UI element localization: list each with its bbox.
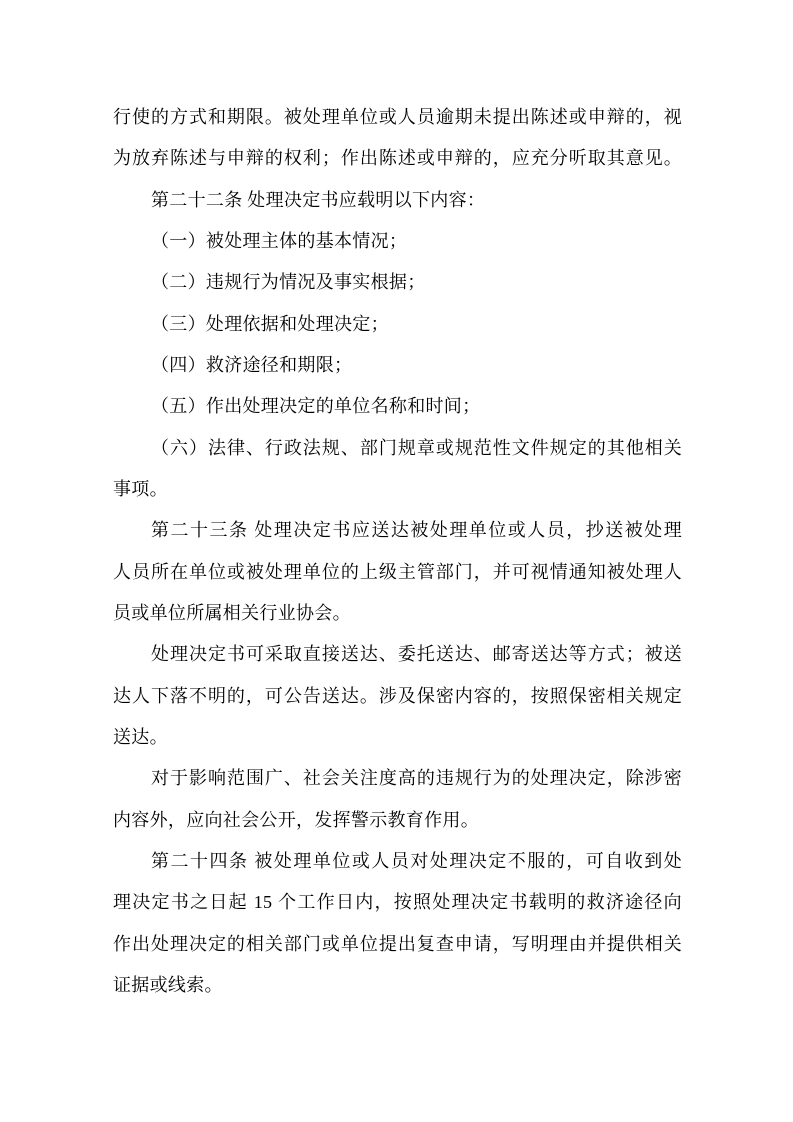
text-line: 理决定书之日起 15 个工作日内，按照处理决定书载明的救济途径向 bbox=[113, 882, 682, 923]
text-line: 送达。 bbox=[113, 717, 682, 758]
text-line: 第二十三条 处理决定书应送达被处理单位或人员，抄送被处理 bbox=[113, 510, 682, 551]
text-line: 人员所在单位或被处理单位的上级主管部门，并可视情通知被处理人 bbox=[113, 552, 682, 593]
text-line: 事项。 bbox=[113, 469, 682, 510]
text-line: 内容外，应向社会公开，发挥警示教育作用。 bbox=[113, 800, 682, 841]
text-line: （一）被处理主体的基本情况； bbox=[113, 221, 682, 262]
text-line: 作出处理决定的相关部门或单位提出复查申请，写明理由并提供相关 bbox=[113, 924, 682, 965]
text-line: （六）法律、行政法规、部门规章或规范性文件规定的其他相关 bbox=[113, 428, 682, 469]
text-line: （二）违规行为情况及事实根据； bbox=[113, 262, 682, 303]
document-page: 行使的方式和期限。被处理单位或人员逾期未提出陈述或申辩的，视为放弃陈述与申辩的权… bbox=[0, 0, 793, 1122]
text-line: 对于影响范围广、社会关注度高的违规行为的处理决定，除涉密 bbox=[113, 758, 682, 799]
text-line: 第二十四条 被处理单位或人员对处理决定不服的，可自收到处 bbox=[113, 841, 682, 882]
text-line: 达人下落不明的，可公告送达。涉及保密内容的，按照保密相关规定 bbox=[113, 676, 682, 717]
text-line: 证据或线索。 bbox=[113, 965, 682, 1006]
text-line: 员或单位所属相关行业协会。 bbox=[113, 593, 682, 634]
text-line: （三）处理依据和处理决定； bbox=[113, 304, 682, 345]
text-line: 行使的方式和期限。被处理单位或人员逾期未提出陈述或申辩的，视 bbox=[113, 97, 682, 138]
text-line: （四）救济途径和期限； bbox=[113, 345, 682, 386]
text-line: 处理决定书可采取直接送达、委托送达、邮寄送达等方式；被送 bbox=[113, 634, 682, 675]
document-text-block: 行使的方式和期限。被处理单位或人员逾期未提出陈述或申辩的，视为放弃陈述与申辩的权… bbox=[113, 97, 682, 1006]
text-line: （五）作出处理决定的单位名称和时间； bbox=[113, 386, 682, 427]
text-line: 为放弃陈述与申辩的权利；作出陈述或申辩的，应充分听取其意见。 bbox=[113, 138, 682, 179]
text-line: 第二十二条 处理决定书应载明以下内容： bbox=[113, 180, 682, 221]
